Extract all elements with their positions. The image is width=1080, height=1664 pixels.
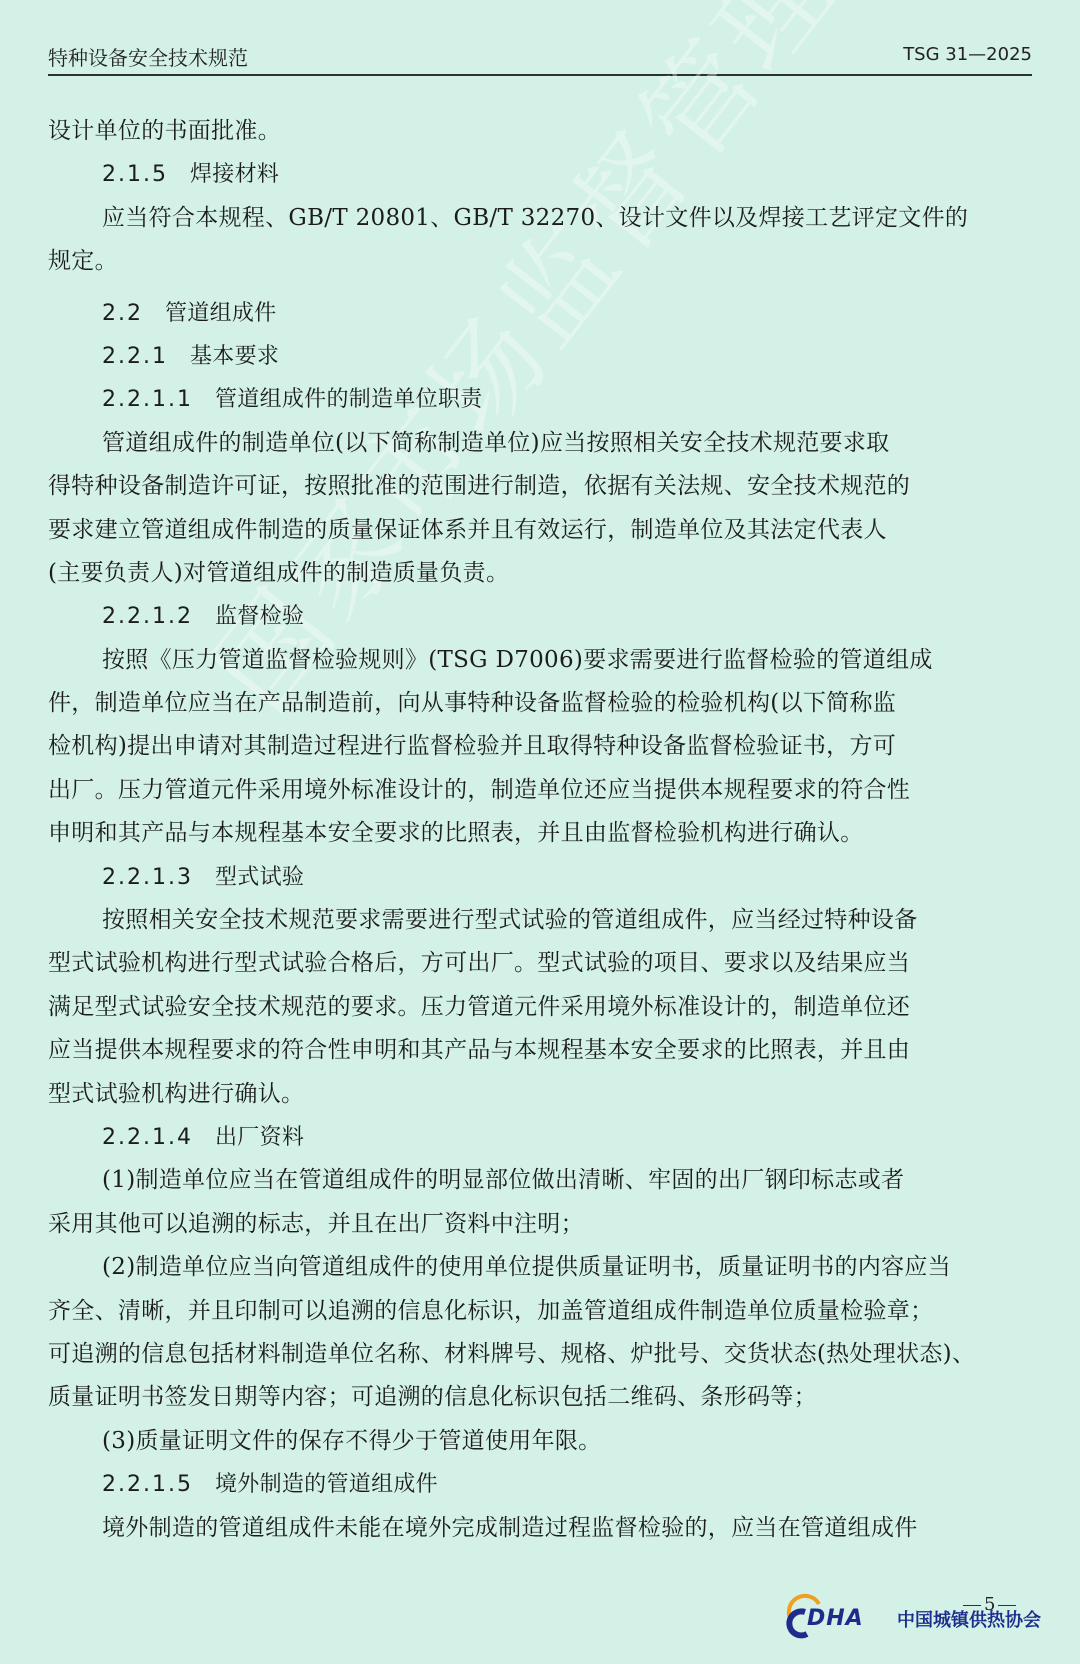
document-body: 设计单位的书面批准。2.1.5焊接材料应当符合本规程、GB/T 20801、GB… (48, 110, 1032, 1550)
paragraph-line: 采用其他可以追溯的标志，并且在出厂资料中注明； (48, 1203, 1032, 1246)
paragraph-line: 检机构)提出申请对其制造过程进行监督检验并且取得特种设备监督检验证书，方可 (48, 725, 1032, 768)
section-heading: 2.2.1.1管道组成件的制造单位职责 (48, 378, 1032, 421)
section-title: 出厂资料 (215, 1125, 304, 1150)
paragraph-line: 要求建立管道组成件制造的质量保证体系并且有效运行，制造单位及其法定代表人 (48, 509, 1032, 552)
page-number: 5 (960, 1594, 1019, 1615)
paragraph-line: 满足型式试验安全技术规范的要求。压力管道元件采用境外标准设计的，制造单位还 (48, 986, 1032, 1029)
section-title: 基本要求 (190, 344, 279, 369)
section-number: 2.2 (102, 292, 143, 335)
paragraph-line: 管道组成件的制造单位(以下简称制造单位)应当按照相关安全技术规范要求取 (48, 422, 1032, 465)
section-title: 管道组成件的制造单位职责 (215, 387, 483, 412)
section-number: 2.2.1.2 (102, 595, 193, 638)
document-code: TSG 31—2025 (903, 44, 1032, 65)
paragraph-line: 件，制造单位应当在产品制造前，向从事特种设备监督检验的检验机构(以下简称监 (48, 682, 1032, 725)
paragraph-line: 质量证明书签发日期等内容；可追溯的信息化标识包括二维码、条形码等； (48, 1376, 1032, 1419)
paragraph-line: (主要负责人)对管道组成件的制造质量负责。 (48, 552, 1032, 595)
section-heading: 2.2.1基本要求 (48, 335, 1032, 378)
paragraph-line: 应当符合本规程、GB/T 20801、GB/T 32270、设计文件以及焊接工艺… (48, 197, 1032, 240)
section-heading: 2.2.1.4出厂资料 (48, 1116, 1032, 1159)
section-number: 2.1.5 (102, 153, 168, 196)
paragraph-line: 按照相关安全技术规范要求需要进行型式试验的管道组成件，应当经过特种设备 (48, 899, 1032, 942)
paragraph-line: (2)制造单位应当向管道组成件的使用单位提供质量证明书，质量证明书的内容应当 (48, 1246, 1032, 1289)
section-title: 监督检验 (215, 604, 304, 629)
section-number: 2.2.1.4 (102, 1116, 193, 1159)
spacer (48, 284, 1032, 292)
section-number: 2.2.1.1 (102, 378, 193, 421)
paragraph-line: 按照《压力管道监督检验规则》(TSG D7006)要求需要进行监督检验的管道组成 (48, 639, 1032, 682)
paragraph-line: 规定。 (48, 240, 1032, 283)
paragraph-line: 应当提供本规程要求的符合性申明和其产品与本规程基本安全要求的比照表，并且由 (48, 1029, 1032, 1072)
paragraph-line: 境外制造的管道组成件未能在境外完成制造过程监督检验的，应当在管道组成件 (48, 1507, 1032, 1550)
section-heading: 2.2.1.5境外制造的管道组成件 (48, 1463, 1032, 1506)
paragraph-line: 得特种设备制造许可证，按照批准的范围进行制造，依据有关法规、安全技术规范的 (48, 465, 1032, 508)
section-number: 2.2.1.5 (102, 1463, 193, 1506)
section-title: 型式试验 (215, 865, 304, 890)
logo-text: DHA (807, 1606, 864, 1631)
section-number: 2.2.1.3 (102, 856, 193, 899)
section-heading: 2.2.1.2监督检验 (48, 595, 1032, 638)
document-category: 特种设备安全技术规范 (48, 42, 248, 71)
paragraph-line: (1)制造单位应当在管道组成件的明显部位做出清晰、牢固的出厂钢印标志或者 (48, 1159, 1032, 1202)
section-title: 焊接材料 (190, 162, 279, 187)
paragraph-line: 齐全、清晰，并且印制可以追溯的信息化标识，加盖管道组成件制造单位质量检验章； (48, 1290, 1032, 1333)
section-heading: 2.1.5焊接材料 (48, 153, 1032, 196)
paragraph-line: 型式试验机构进行确认。 (48, 1073, 1032, 1116)
section-title: 境外制造的管道组成件 (215, 1472, 438, 1497)
paragraph-line: 设计单位的书面批准。 (48, 110, 1032, 153)
paragraph-line: 可追溯的信息包括材料制造单位名称、材料牌号、规格、炉批号、交货状态(热处理状态)… (48, 1333, 1032, 1376)
section-heading: 2.2.1.3型式试验 (48, 856, 1032, 899)
section-heading: 2.2管道组成件 (48, 292, 1032, 335)
paragraph-line: (3)质量证明文件的保存不得少于管道使用年限。 (48, 1420, 1032, 1463)
paragraph-line: 型式试验机构进行型式试验合格后，方可出厂。型式试验的项目、要求以及结果应当 (48, 942, 1032, 985)
page-header: 特种设备安全技术规范 TSG 31—2025 (48, 40, 1032, 76)
section-title: 管道组成件 (165, 301, 277, 326)
section-number: 2.2.1 (102, 335, 168, 378)
paragraph-line: 出厂。压力管道元件采用境外标准设计的，制造单位还应当提供本规程要求的符合性 (48, 769, 1032, 812)
paragraph-line: 申明和其产品与本规程基本安全要求的比照表，并且由监督检验机构进行确认。 (48, 812, 1032, 855)
